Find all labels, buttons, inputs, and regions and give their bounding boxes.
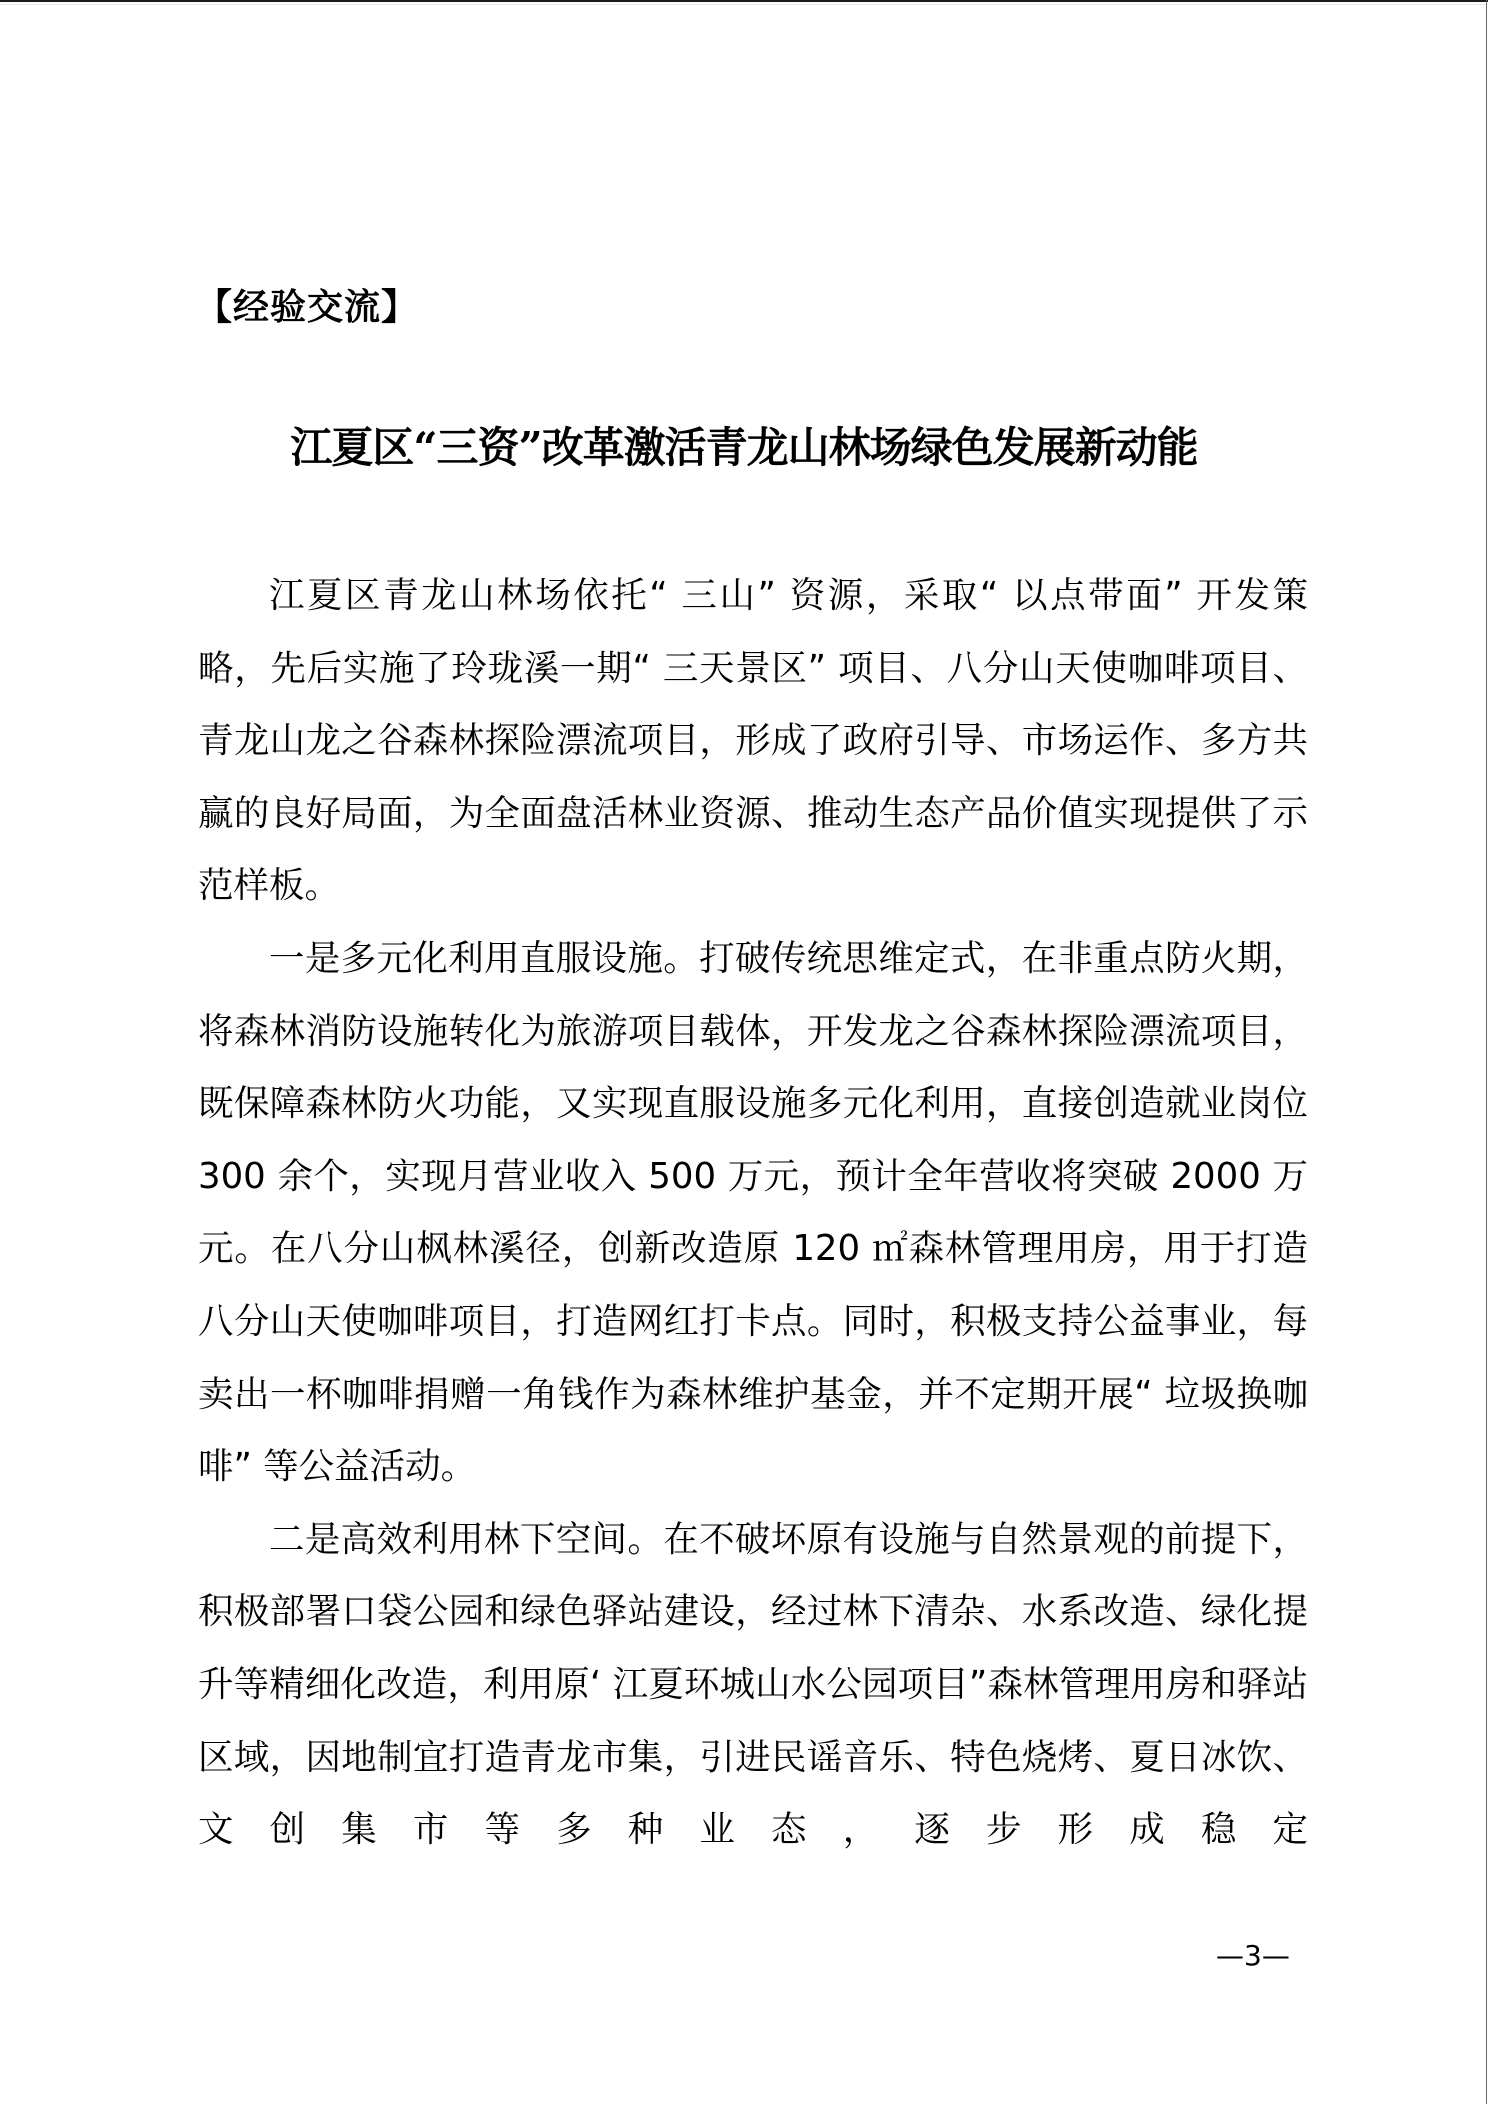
paragraph-intro: 江夏区青龙山林场依托“ 三山” 资源，采取“ 以点带面” 开发策略，先后实施了玲… bbox=[198, 560, 1308, 923]
page-top-border-shadow bbox=[0, 4, 1488, 5]
paragraph-point-two: 二是高效利用林下空间。在不破坏原有设施与自然景观的前提下，积极部署口袋公园和绿色… bbox=[198, 1504, 1308, 1867]
page-right-border bbox=[1486, 0, 1487, 2104]
page-top-border bbox=[0, 0, 1488, 2]
document-body: 江夏区青龙山林场依托“ 三山” 资源，采取“ 以点带面” 开发策略，先后实施了玲… bbox=[198, 560, 1308, 1867]
paragraph-point-one: 一是多元化利用直服设施。打破传统思维定式，在非重点防火期，将森林消防设施转化为旅… bbox=[198, 923, 1308, 1504]
document-title: 江夏区“三资”改革激活青龙山林场绿色发展新动能 bbox=[0, 420, 1488, 476]
page-number: —3— bbox=[1216, 1936, 1290, 1976]
section-label: 【经验交流】 bbox=[196, 283, 418, 333]
